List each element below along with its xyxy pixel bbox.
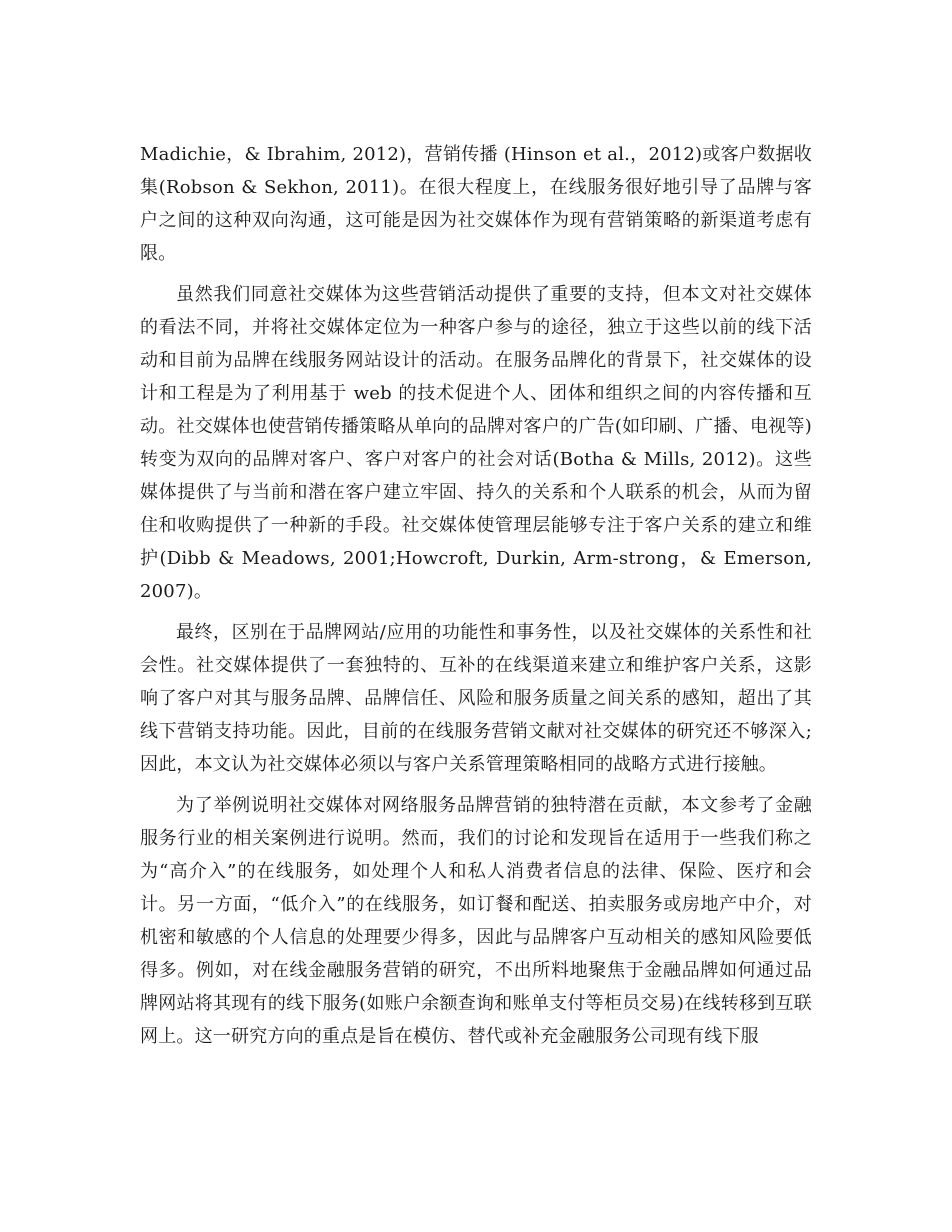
document-page: Madichie，& Ibrahim, 2012)，营销传播 (Hinson e… (140, 138, 812, 1053)
paragraph-3: 最终，区别在于品牌网站/应用的功能性和事务性，以及社交媒体的关系性和社会性。社交… (140, 616, 812, 781)
paragraph-4: 为了举例说明社交媒体对网络服务品牌营销的独特潜在贡献，本文参考了金融服务行业的相… (140, 789, 812, 1053)
paragraph-1: Madichie，& Ibrahim, 2012)，营销传播 (Hinson e… (140, 138, 812, 270)
paragraph-2: 虽然我们同意社交媒体为这些营销活动提供了重要的支持，但本文对社交媒体的看法不同，… (140, 278, 812, 608)
